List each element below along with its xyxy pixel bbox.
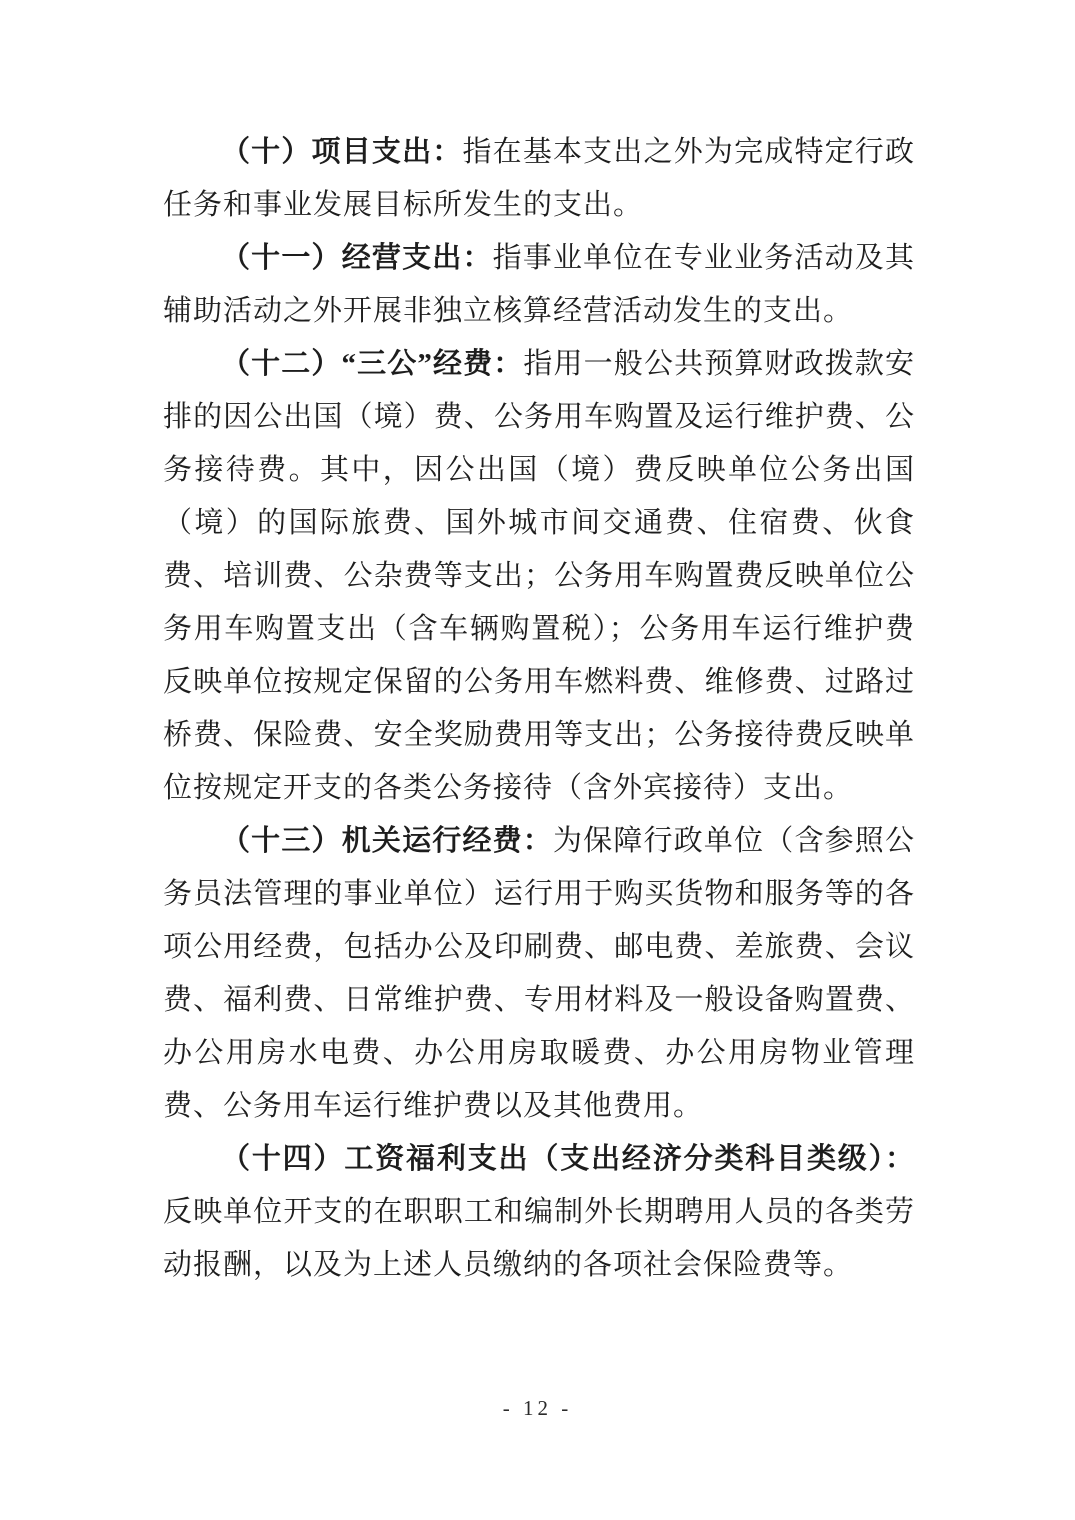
document-page: （十）项目支出：指在基本支出之外为完成特定行政任务和事业发展目标所发生的支出。 … bbox=[0, 0, 1075, 1520]
paragraph-13-body: 为保障行政单位（含参照公务员法管理的事业单位）运行用于购买货物和服务等的各项公用… bbox=[163, 825, 915, 1122]
paragraph-12-body: 指用一般公共预算财政拨款安排的因公出国（境）费、公务用车购置及运行维护费、公务接… bbox=[163, 348, 915, 804]
paragraph-10-heading: （十）项目支出： bbox=[221, 136, 462, 168]
paragraph-13: （十三）机关运行经费：为保障行政单位（含参照公务员法管理的事业单位）运行用于购买… bbox=[163, 815, 915, 1133]
paragraph-12: （十二）“三公”经费：指用一般公共预算财政拨款安排的因公出国（境）费、公务用车购… bbox=[163, 338, 915, 815]
paragraph-14: （十四）工资福利支出（支出经济分类科目类级）：反映单位开支的在职职工和编制外长期… bbox=[163, 1133, 915, 1292]
paragraph-13-heading: （十三）机关运行经费： bbox=[221, 825, 553, 857]
paragraph-11: （十一）经营支出：指事业单位在专业业务活动及其辅助活动之外开展非独立核算经营活动… bbox=[163, 232, 915, 338]
paragraph-14-heading: （十四）工资福利支出（支出经济分类科目类级）： bbox=[221, 1143, 915, 1175]
page-number: - 12 - bbox=[0, 1396, 1075, 1421]
paragraph-12-heading: （十二）“三公”经费： bbox=[221, 348, 523, 380]
document-body: （十）项目支出：指在基本支出之外为完成特定行政任务和事业发展目标所发生的支出。 … bbox=[163, 126, 915, 1292]
paragraph-10: （十）项目支出：指在基本支出之外为完成特定行政任务和事业发展目标所发生的支出。 bbox=[163, 126, 915, 232]
paragraph-11-heading: （十一）经营支出： bbox=[221, 242, 493, 274]
paragraph-14-body: 反映单位开支的在职职工和编制外长期聘用人员的各类劳动报酬，以及为上述人员缴纳的各… bbox=[163, 1196, 915, 1281]
